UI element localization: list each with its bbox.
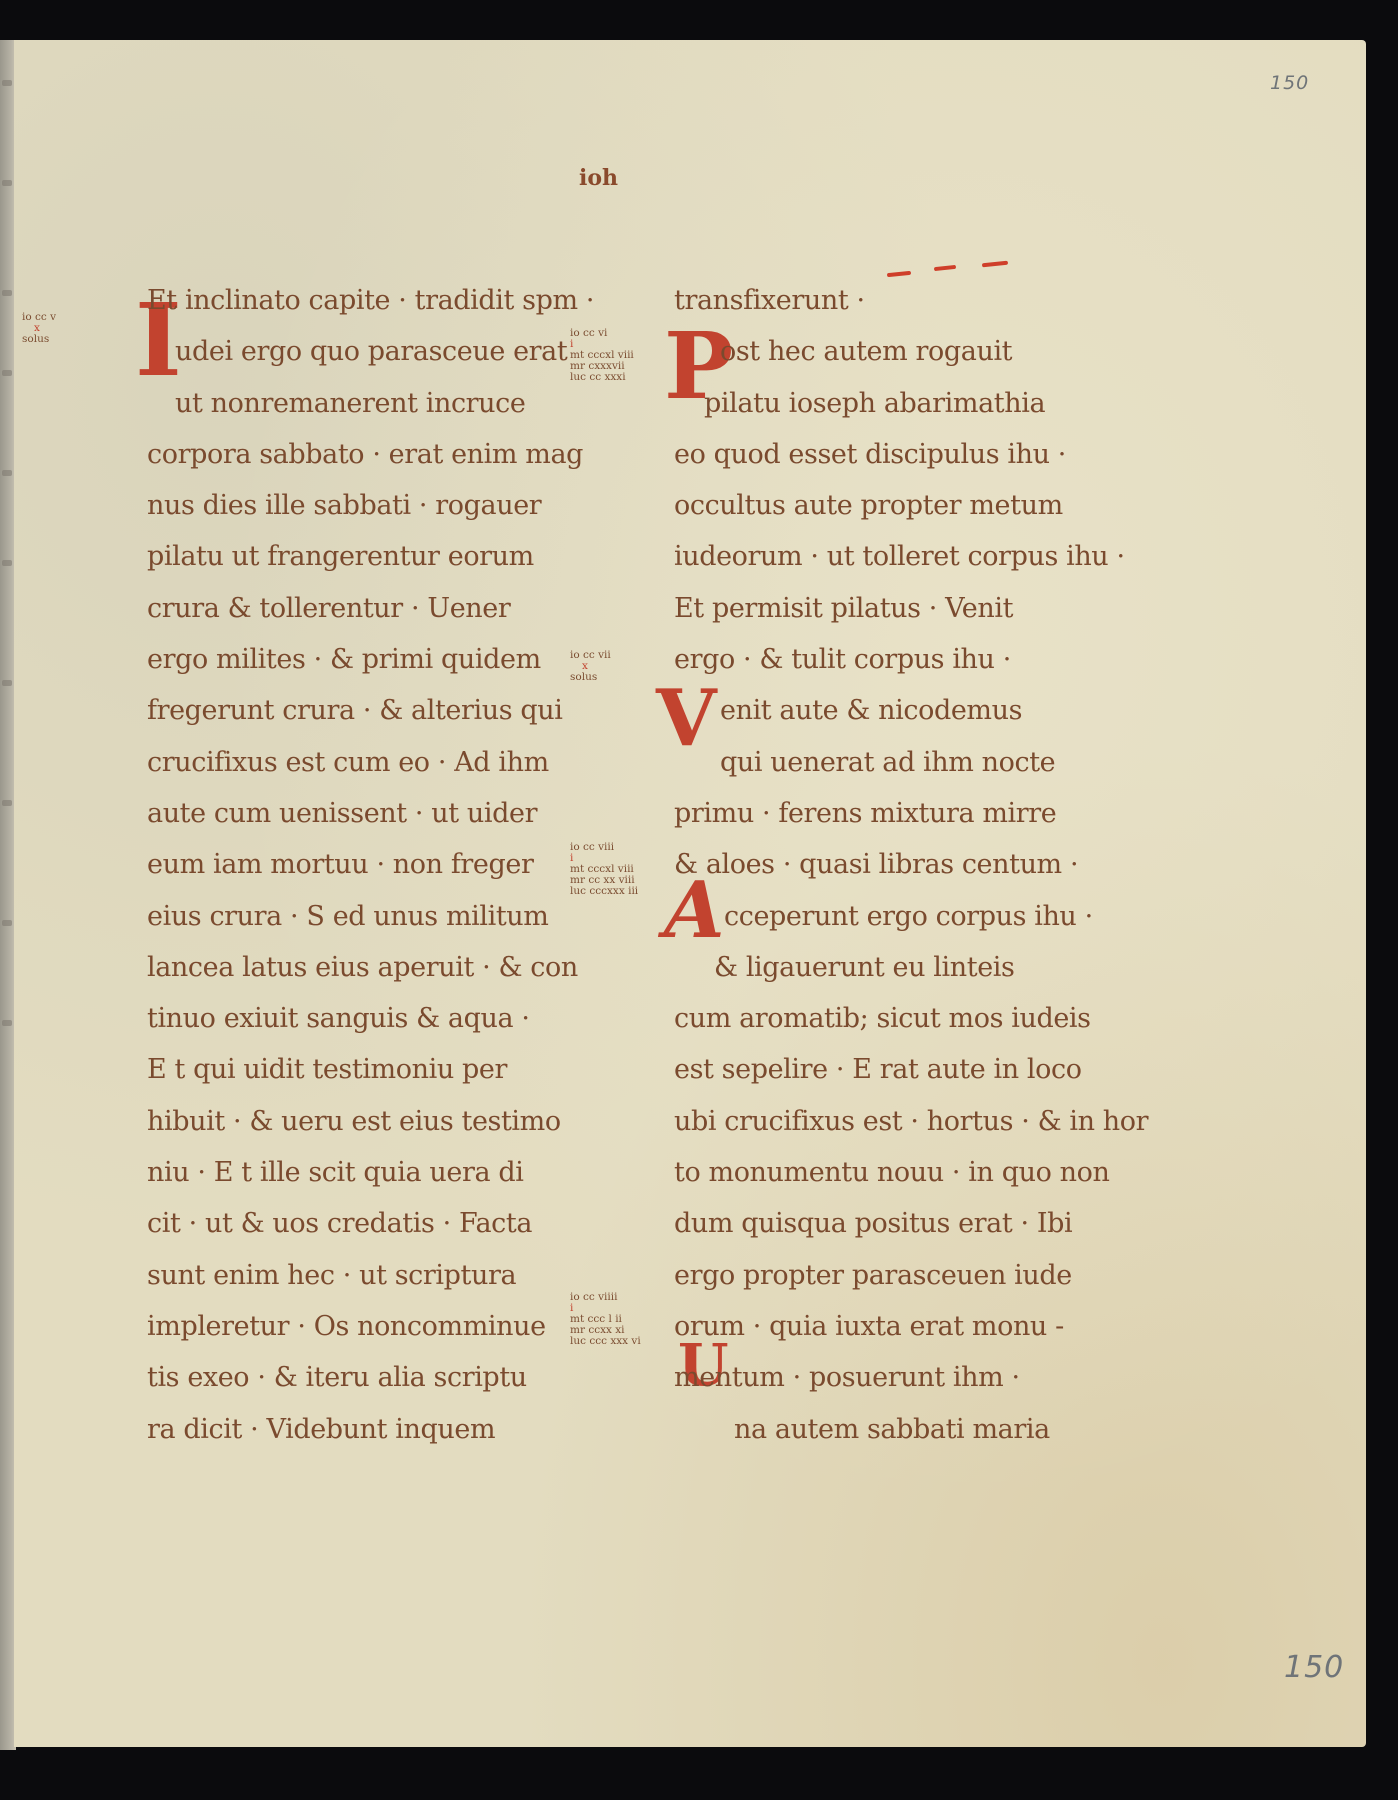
text-line: fregerunt crura · & alterius qui <box>147 685 587 736</box>
text-line: Et inclinato capite · tradidit spm · <box>147 275 587 326</box>
text-line: corpora sabbato · erat enim mag <box>147 429 587 480</box>
text-line: iudeorum · ut tolleret corpus ihu · <box>674 531 1094 582</box>
folio-number-bottom: 150 <box>1284 1650 1344 1685</box>
text-line: qui uenerat ad ihm nocte <box>674 737 1094 788</box>
text-line: Et permisit pilatus · Venit <box>674 583 1094 634</box>
text-line: aute cum uenissent · ut uider <box>147 788 587 839</box>
margin-note-line: io cc vii <box>570 650 611 661</box>
text-line: ergo · & tulit corpus ihu · <box>674 634 1094 685</box>
text-line: cceperunt ergo corpus ihu · <box>674 891 1094 942</box>
margin-note-line: io cc vi <box>570 328 634 339</box>
text-line: cum aromatib; sicut mos iudeis <box>674 993 1094 1044</box>
text-line: hibuit · & ueru est eius testimo <box>147 1096 587 1147</box>
left-margin-note: io cc v x solus <box>22 312 56 345</box>
text-line: est sepelire · E rat aute in loco <box>674 1044 1094 1095</box>
text-line: & ligauerunt eu linteis <box>674 942 1094 993</box>
left-column: Et inclinato capite · tradidit spm · ude… <box>147 275 587 1455</box>
right-column: transfixerunt · ost hec autem rogauit pi… <box>674 275 1094 1455</box>
line-filler-dash <box>934 265 956 271</box>
text-line: crura & tollerentur · Uener <box>147 583 587 634</box>
text-line: impleretur · Os noncomminue <box>147 1301 587 1352</box>
text-line: ut nonremanerent incruce <box>147 378 587 429</box>
text-line: orum · quia iuxta erat monu - <box>674 1301 1094 1352</box>
text-line: to monumentu nouu · in quo non <box>674 1147 1094 1198</box>
line-filler-dash <box>982 261 1008 268</box>
margin-note-line: luc cc xxxi <box>570 372 634 383</box>
text-line: crucifixus est cum eo · Ad ihm <box>147 737 587 788</box>
running-head: ioh <box>579 165 618 191</box>
margin-note-line: io cc viii <box>570 842 638 853</box>
text-line: enit aute & nicodemus <box>674 685 1094 736</box>
text-line: udei ergo quo parasceue erat <box>147 326 587 377</box>
canon-note-4: io cc viiii i mt ccc l ii mr ccxx xi luc… <box>570 1292 641 1347</box>
manuscript-folio: 150 150 ioh io cc v x solus I Et inclina… <box>14 40 1366 1747</box>
text-line: niu · E t ille scit quia uera di <box>147 1147 587 1198</box>
text-line: E t qui uidit testimoniu per <box>147 1044 587 1095</box>
text-line: nus dies ille sabbati · rogauer <box>147 480 587 531</box>
text-line: transfixerunt · <box>674 275 1094 326</box>
text-line: occultus aute propter metum <box>674 480 1094 531</box>
text-line: mentum · posuerunt ihm · <box>674 1352 1094 1403</box>
text-line: pilatu ut frangerentur eorum <box>147 531 587 582</box>
folio-number-top: 150 <box>1270 72 1309 94</box>
margin-note-line: luc ccc xxx vi <box>570 1336 641 1347</box>
canon-note-1: io cc vi i mt cccxl viii mr cxxxvii luc … <box>570 328 634 383</box>
canon-note-3: io cc viii i mt cccxl viii mr cc xx viii… <box>570 842 638 897</box>
text-line: lancea latus eius aperuit · & con <box>147 942 587 993</box>
text-line: tinuo exiuit sanguis & aqua · <box>147 993 587 1044</box>
margin-note-line: solus <box>22 334 56 345</box>
text-line: ubi crucifixus est · hortus · & in hor <box>674 1096 1094 1147</box>
text-line: eius crura · S ed unus militum <box>147 891 587 942</box>
text-line: na autem sabbati maria <box>674 1404 1094 1455</box>
margin-note-line: solus <box>570 672 611 683</box>
text-line: tis exeo · & iteru alia scriptu <box>147 1352 587 1403</box>
text-line: ra dicit · Videbunt inquem <box>147 1404 587 1455</box>
text-line: eo quod esset discipulus ihu · <box>674 429 1094 480</box>
text-line: ergo propter parasceuen iude <box>674 1250 1094 1301</box>
text-line: primu · ferens mixtura mirre <box>674 788 1094 839</box>
canon-note-2: io cc vii x solus <box>570 650 611 683</box>
text-line: pilatu ioseph abarimathia <box>674 378 1094 429</box>
text-line: ost hec autem rogauit <box>674 326 1094 377</box>
text-line: sunt enim hec · ut scriptura <box>147 1250 587 1301</box>
text-line: & aloes · quasi libras centum · <box>674 839 1094 890</box>
margin-note-line: luc cccxxx iii <box>570 886 638 897</box>
text-line: cit · ut & uos credatis · Facta <box>147 1198 587 1249</box>
text-line: ergo milites · & primi quidem <box>147 634 587 685</box>
text-line: dum quisqua positus erat · Ibi <box>674 1198 1094 1249</box>
margin-note-line: io cc viiii <box>570 1292 641 1303</box>
text-line: eum iam mortuu · non freger <box>147 839 587 890</box>
